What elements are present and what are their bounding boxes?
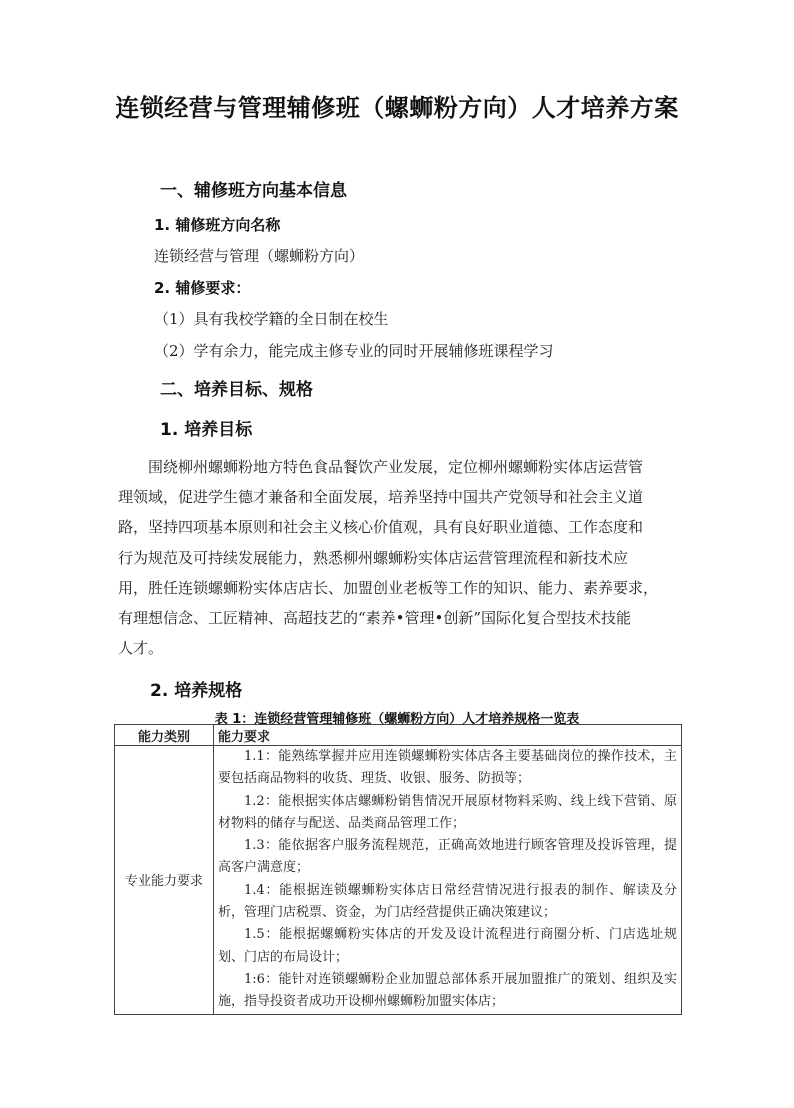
section-heading-basic-info: 一、辅修班方向基本信息 bbox=[160, 176, 347, 201]
ability-category-cell: 专业能力要求 bbox=[115, 746, 214, 1015]
column-header-requirements: 能力要求 bbox=[214, 725, 682, 746]
subsection-heading-direction-name: 1. 辅修班方向名称 bbox=[154, 214, 280, 235]
section-heading-goals: 二、培养目标、规格 bbox=[160, 375, 313, 400]
requirement-item: （2）学有余力，能完成主修专业的同时开展辅修班课程学习 bbox=[154, 340, 554, 361]
training-spec-table: 能力类别 能力要求 专业能力要求 1.1：能熟练掌握并应用连锁螺蛳粉实体店各主要… bbox=[114, 724, 682, 1015]
training-goal-paragraph: 围绕柳州螺蛳粉地方特色食品餐饮产业发展，定位柳州螺蛳粉实体店运营管 理领域，促进… bbox=[118, 452, 678, 663]
paragraph-line: 有理想信念、工匠精神、高超技艺的“素养•管理•创新”国际化复合型技术技能 bbox=[118, 603, 678, 633]
column-header-category: 能力类别 bbox=[115, 725, 214, 746]
table-row: 专业能力要求 1.1：能熟练掌握并应用连锁螺蛳粉实体店各主要基础岗位的操作技术，… bbox=[115, 746, 682, 1015]
requirement-entry: 1:6：能针对连锁螺蛳粉企业加盟总部体系开展加盟推广的策划、组织及实施，指导投资… bbox=[218, 969, 677, 1014]
paragraph-line: 理领域，促进学生德才兼备和全面发展，培养坚持中国共产党领导和社会主义道 bbox=[118, 482, 678, 512]
requirement-entry: 1.2：能根据实体店螺蛳粉销售情况开展原材物料采购、线上线下营销、原材物料的储存… bbox=[218, 791, 677, 836]
requirement-entry: 1.4：能根据连锁螺蛳粉实体店日常经营情况进行报表的制作、解读及分析，管理门店税… bbox=[218, 880, 677, 925]
subsection-heading-training-spec: 2. 培养规格 bbox=[150, 676, 242, 701]
paragraph-line: 行为规范及可持续发展能力，熟悉柳州螺蛳粉实体店运营管理流程和新技术应 bbox=[118, 543, 678, 573]
paragraph-line: 人才。 bbox=[118, 633, 678, 663]
requirement-entry: 1.1：能熟练掌握并应用连锁螺蛳粉实体店各主要基础岗位的操作技术，主要包括商品物… bbox=[218, 746, 677, 791]
requirement-entry: 1.3：能依据客户服务流程规范，正确高效地进行顾客管理及投诉管理，提高客户满意度… bbox=[218, 835, 677, 880]
ability-requirements-cell: 1.1：能熟练掌握并应用连锁螺蛳粉实体店各主要基础岗位的操作技术，主要包括商品物… bbox=[214, 746, 682, 1015]
document-title: 连锁经营与管理辅修班（螺蛳粉方向）人才培养方案 bbox=[0, 88, 794, 123]
paragraph-line: 路，坚持四项基本原则和社会主义核心价值观，具有良好职业道德、工作态度和 bbox=[118, 512, 678, 542]
table-header-row: 能力类别 能力要求 bbox=[115, 725, 682, 746]
subsection-heading-requirements: 2. 辅修要求： bbox=[154, 277, 250, 298]
paragraph-line: 围绕柳州螺蛳粉地方特色食品餐饮产业发展，定位柳州螺蛳粉实体店运营管 bbox=[118, 452, 678, 482]
requirement-item: （1）具有我校学籍的全日制在校生 bbox=[154, 308, 389, 329]
direction-name-text: 连锁经营与管理（螺蛳粉方向） bbox=[154, 245, 364, 266]
subsection-heading-training-goal: 1. 培养目标 bbox=[160, 415, 252, 440]
requirement-entry: 1.5：能根据螺蛳粉实体店的开发及设计流程进行商圈分析、门店选址规划、门店的布局… bbox=[218, 924, 677, 969]
paragraph-line: 用，胜任连锁螺蛳粉实体店店长、加盟创业老板等工作的知识、能力、素养要求， bbox=[118, 573, 678, 603]
